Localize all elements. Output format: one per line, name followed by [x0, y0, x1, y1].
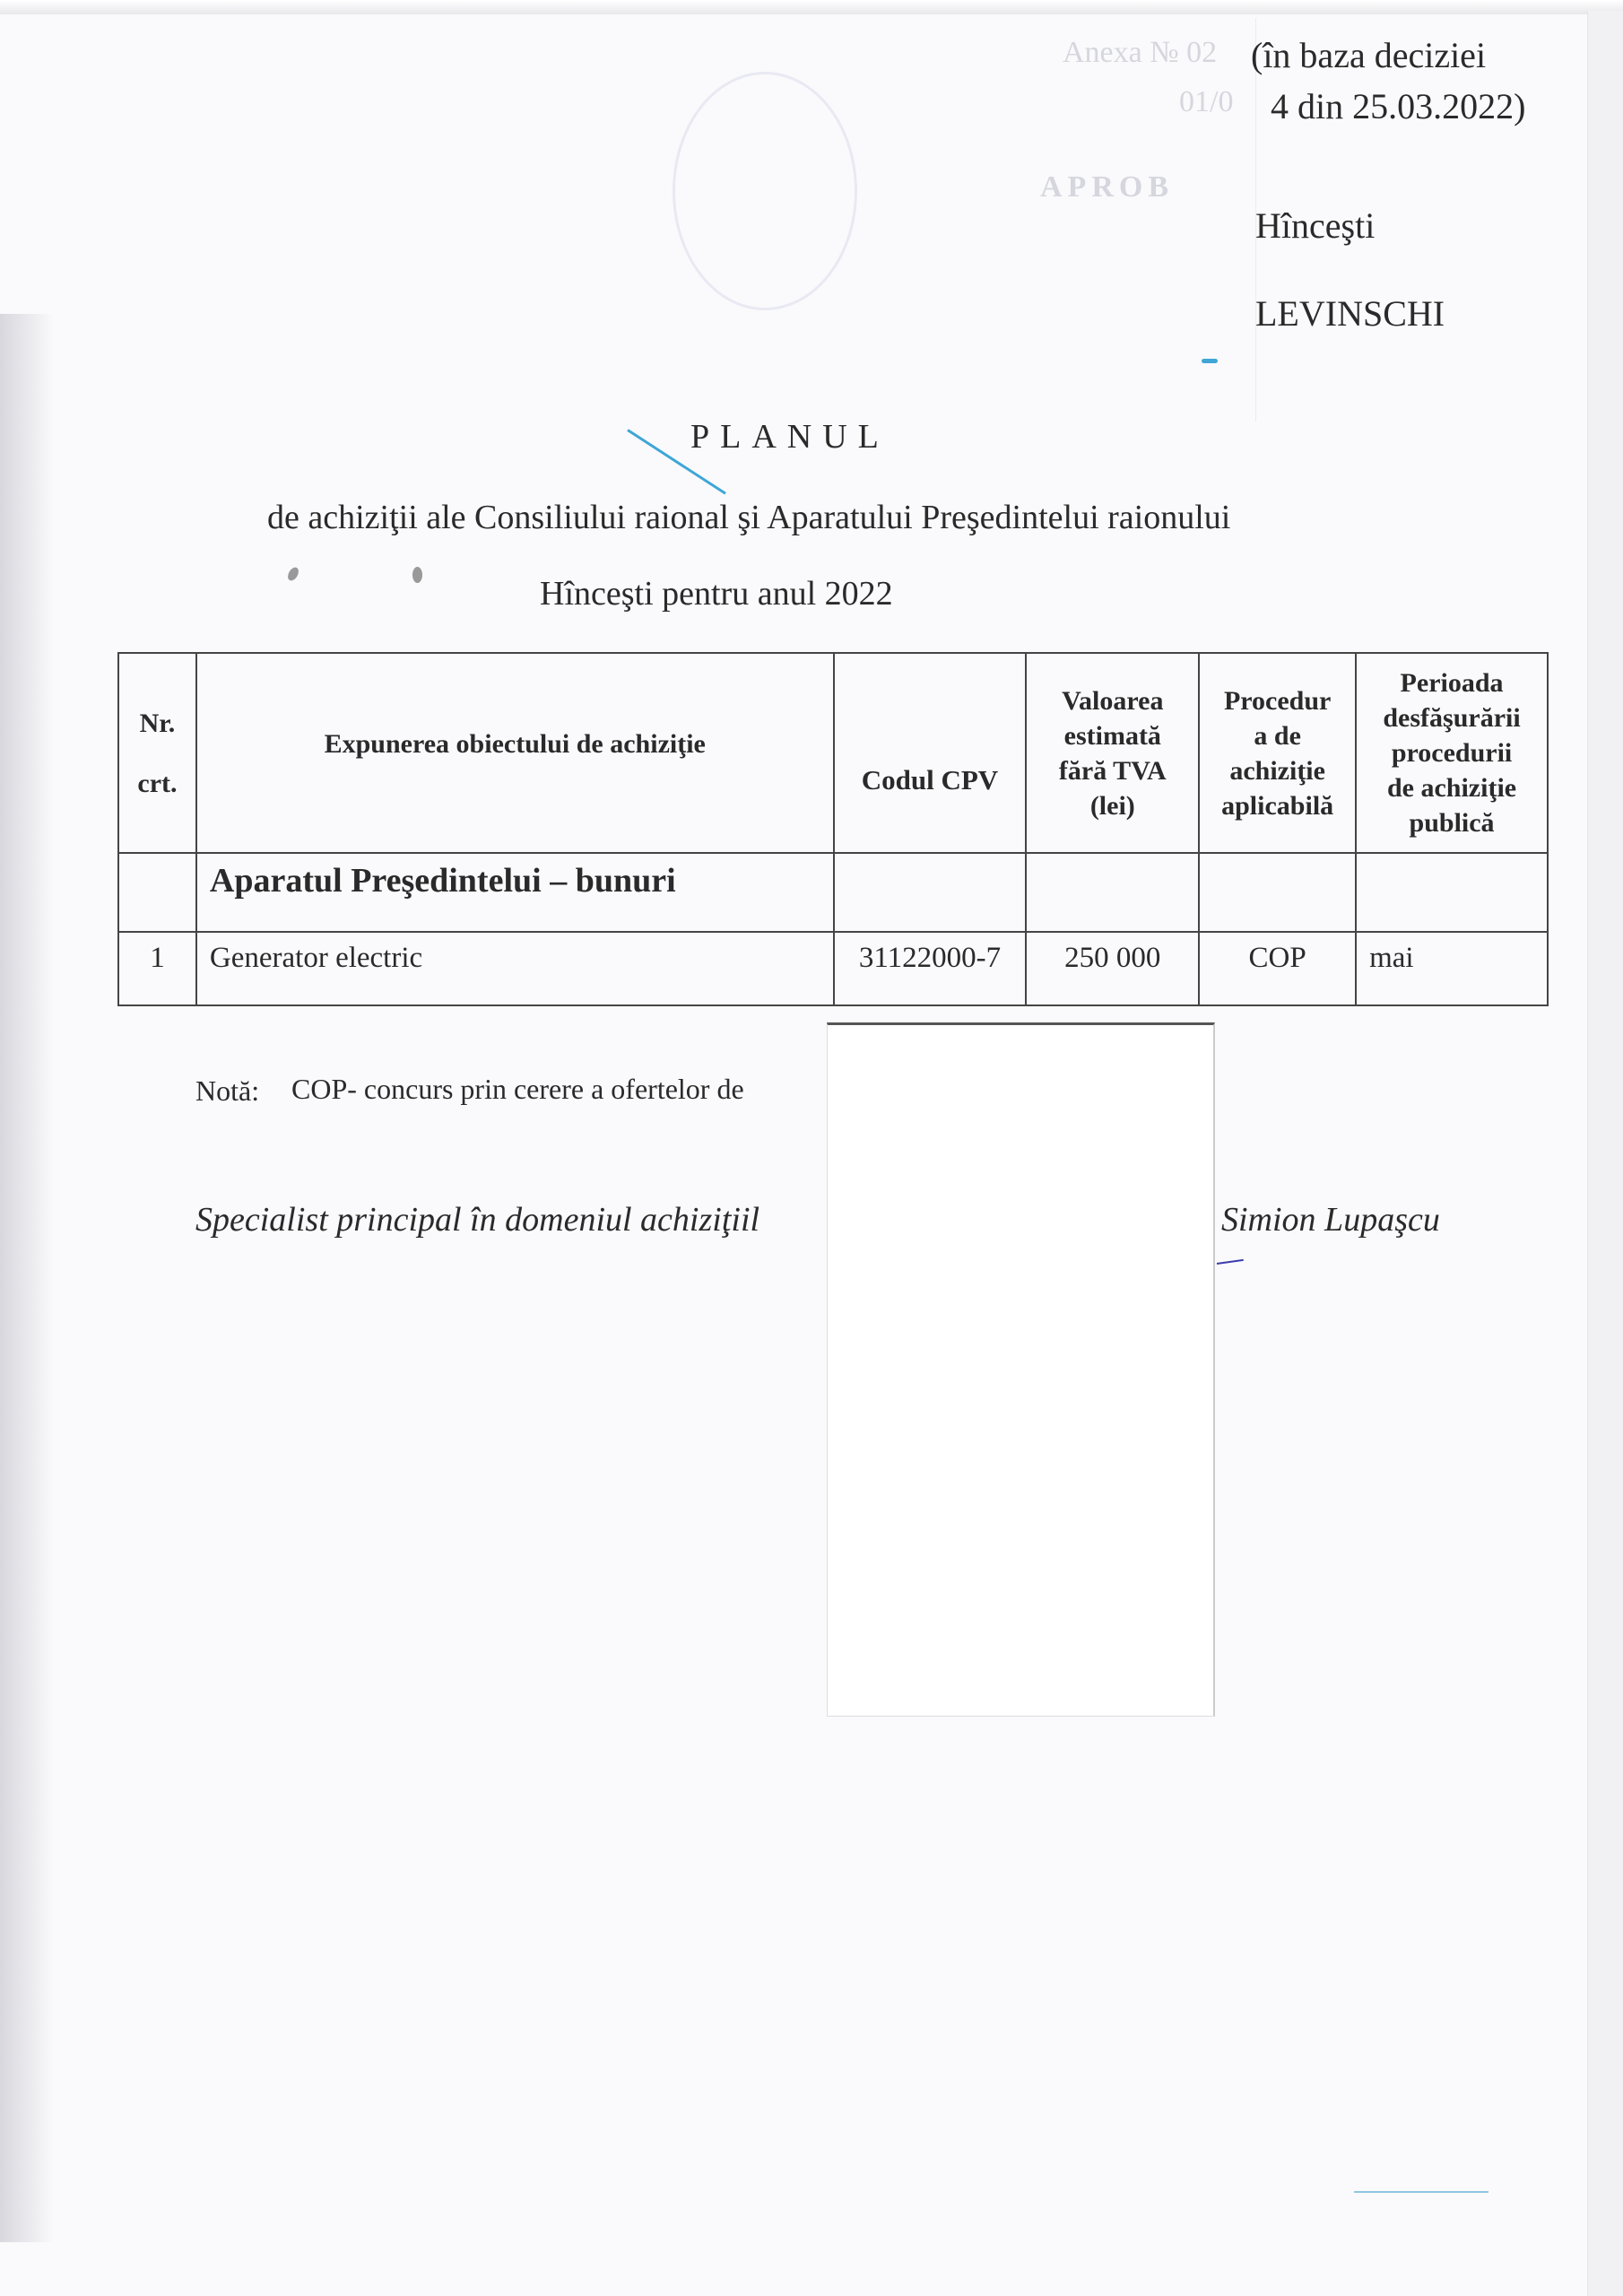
note-text: COP- concurs prin cerere a ofertelor de	[291, 1073, 744, 1106]
header-signatory: LEVINSCHI	[1255, 292, 1445, 335]
signature-name: Simion Lupaşcu	[1221, 1200, 1440, 1239]
section-empty-cell	[1356, 853, 1548, 932]
section-nr-cell	[118, 853, 196, 932]
section-empty-cell	[1026, 853, 1199, 932]
cell-cpv: 31122000-7	[834, 932, 1027, 1005]
pen-dot	[1202, 359, 1218, 363]
header-cpv: Codul CPV	[834, 653, 1027, 853]
header-procedure-l2: achiziţie	[1205, 753, 1350, 788]
header-value-l1: estimată	[1032, 718, 1193, 753]
cell-period: mai	[1356, 932, 1548, 1005]
header-value-l0: Valoarea	[1032, 683, 1193, 718]
table-row: 1 Generator electric 31122000-7 250 000 …	[118, 932, 1548, 1005]
header-period: Perioada desfăşurării procedurii de achi…	[1356, 653, 1548, 853]
header-period-l0: Perioada	[1362, 665, 1541, 700]
section-empty-cell	[1199, 853, 1356, 932]
header-location: Hînceşti	[1255, 204, 1375, 247]
header-nr: Nr. crt.	[118, 653, 196, 853]
cell-nr: 1	[118, 932, 196, 1005]
cell-object: Generator electric	[196, 932, 834, 1005]
cell-value: 250 000	[1026, 932, 1199, 1005]
header-value: Valoarea estimată fără TVA (lei)	[1026, 653, 1199, 853]
header-nr-line2: crt.	[125, 766, 190, 801]
document-title: PLANUL	[690, 417, 890, 457]
header-procedure-l3: aplicabilă	[1205, 788, 1350, 823]
procurement-plan-table: Nr. crt. Expunerea obiectului de achiziţ…	[117, 652, 1549, 1006]
table-header-row: Nr. crt. Expunerea obiectului de achiziţ…	[118, 653, 1548, 853]
pasted-cover-signature	[827, 1022, 1215, 1717]
header-object: Expunerea obiectului de achiziţie	[196, 653, 834, 853]
header-period-l4: publică	[1362, 805, 1541, 840]
faded-stamp	[673, 72, 857, 310]
section-label: Aparatul Preşedintelui – bunuri	[196, 853, 834, 932]
header-period-l1: desfăşurării	[1362, 700, 1541, 735]
pasted-cover-header	[556, 18, 1256, 422]
header-nr-line1: Nr.	[125, 706, 190, 741]
pen-mark-bottom	[1354, 2191, 1488, 2193]
approved-label-faded: APROB	[1040, 170, 1174, 204]
ink-speck	[286, 566, 301, 583]
scan-right-edge	[1587, 11, 1623, 2296]
header-procedure-l1: a de	[1205, 718, 1350, 753]
scan-left-shadow	[0, 314, 54, 2242]
signature-pen-stroke	[1217, 1259, 1244, 1265]
decision-reference-line1: (în baza deciziei	[1251, 34, 1486, 76]
document-subtitle-line1: de achiziţii ale Consiliului raional şi …	[267, 498, 1230, 537]
header-procedure-l0: Procedur	[1205, 683, 1350, 718]
ink-speck	[412, 567, 422, 583]
note-label: Notă:	[195, 1074, 259, 1108]
header-procedure: Procedur a de achiziţie aplicabilă	[1199, 653, 1356, 853]
annex-label-faded: Anexa № 02	[1063, 36, 1217, 70]
table-section-row: Aparatul Preşedintelui – bunuri	[118, 853, 1548, 932]
header-value-l3: (lei)	[1032, 788, 1193, 823]
decision-reference-line2: 4 din 25.03.2022)	[1271, 85, 1525, 127]
header-period-l2: procedurii	[1362, 735, 1541, 770]
document-subtitle-line2: Hînceşti pentru anul 2022	[540, 574, 893, 613]
signature-role: Specialist principal în domeniul achiziţ…	[195, 1200, 759, 1239]
decision-number-faded: 01/0	[1179, 85, 1233, 119]
scan-top-shadow	[0, 0, 1623, 14]
cell-procedure: COP	[1199, 932, 1356, 1005]
header-value-l2: fără TVA	[1032, 753, 1193, 788]
header-period-l3: de achiziţie	[1362, 770, 1541, 805]
section-empty-cell	[834, 853, 1027, 932]
